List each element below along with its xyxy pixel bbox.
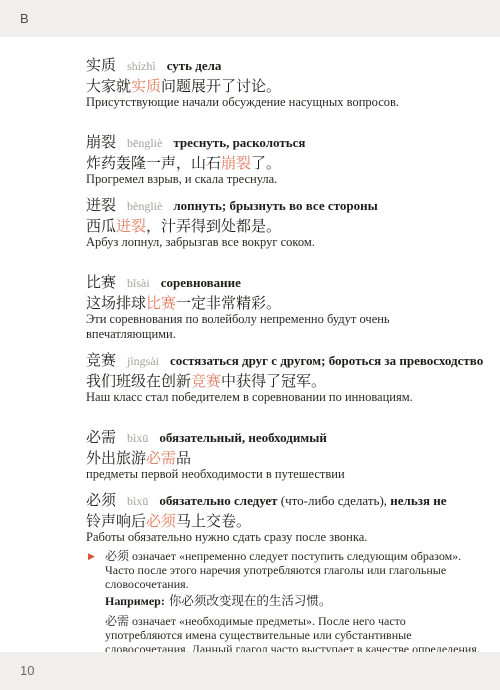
headword: 比赛 xyxy=(86,273,116,291)
example-post: 问题展开了讨论。 xyxy=(161,77,281,95)
example-translation: Присутствующие начали обсуждение насущны… xyxy=(86,95,480,110)
page-content: 实质shízhìсуть дела 大家就实质问题展开了讨论。 Присутст… xyxy=(0,37,500,679)
example-pre: 我们班级在创新 xyxy=(86,372,191,390)
example-pre: 炸药轰隆一声，山石 xyxy=(86,154,221,172)
example-sentence: 炸药轰隆一声，山石崩裂了。 xyxy=(86,154,480,172)
translation: треснуть, расколоться xyxy=(173,135,305,150)
example-translation: Арбуз лопнул, забрызгав все вокруг соком… xyxy=(86,235,480,250)
dict-entry: 必须bìxūобязательно следует (что-либо сдел… xyxy=(86,491,480,545)
translation: соревнование xyxy=(161,275,241,290)
highlighted-word: 必须 xyxy=(181,593,206,608)
page-footer-bar: 10 xyxy=(0,652,500,690)
note-paragraph: 必需 означает «необходимые предметы». Посл… xyxy=(105,614,480,656)
example-post: 中获得了冠军。 xyxy=(221,372,326,390)
translation-bold: суть дела xyxy=(167,58,222,73)
example-translation: Прогремел взрыв, и скала треснула. xyxy=(86,172,480,187)
entry-head-line: 竞赛jìngsàiсостязаться друг с другом; боро… xyxy=(86,351,480,370)
dict-entry: 必需bìxūобязательный, необходимый 外出旅游必需品 … xyxy=(86,428,480,482)
dict-entry: 实质shízhìсуть дела 大家就实质问题展开了讨论。 Присутст… xyxy=(86,56,480,110)
pinyin: bìxū xyxy=(127,431,148,445)
example-sentence: 外出旅游必需品 xyxy=(86,449,480,467)
dict-entry: 比赛bǐsàiсоревнование 这场排球比赛一定非常精彩。 Эти со… xyxy=(86,273,480,342)
translation: обязательный, необходимый xyxy=(159,430,327,445)
dict-entry: 迸裂bènglièлопнуть; брызнуть во все сторон… xyxy=(86,196,480,250)
entry-head-line: 迸裂bènglièлопнуть; брызнуть во все сторон… xyxy=(86,196,480,215)
note-term: 必需 xyxy=(105,614,129,628)
example-pre: 铃声响后 xyxy=(86,512,146,530)
example-post: 马上交卷。 xyxy=(176,512,251,530)
entry-head-line: 比赛bǐsàiсоревнование xyxy=(86,273,480,292)
note-example-pre: 你 xyxy=(165,593,181,608)
note-example-post: 改变现在的生活习惯。 xyxy=(206,593,331,608)
translation-bold-2: нельзя не xyxy=(390,493,446,508)
example-sentence: 大家就实质问题展开了讨论。 xyxy=(86,77,480,95)
example-post: 了。 xyxy=(251,154,281,172)
example-post: 一定非常精彩。 xyxy=(176,294,281,312)
translation-bold: лопнуть; брызнуть во все стороны xyxy=(173,198,377,213)
pinyin: shízhì xyxy=(127,59,156,73)
pinyin: bǐsài xyxy=(127,276,150,290)
page-number: 10 xyxy=(20,652,34,690)
dict-entry: 崩裂bēnglièтреснуть, расколоться 炸药轰隆一声，山石… xyxy=(86,133,480,187)
headword: 竞赛 xyxy=(86,351,116,369)
highlighted-word: 迸裂 xyxy=(116,217,146,235)
translation: обязательно следует (что-либо сделать), … xyxy=(159,493,446,508)
translation-bold: соревнование xyxy=(161,275,241,290)
highlighted-word: 必须 xyxy=(146,512,176,530)
example-post: ，汁弄得到处都是。 xyxy=(146,217,281,235)
headword: 迸裂 xyxy=(86,196,116,214)
highlighted-word: 比赛 xyxy=(146,294,176,312)
example-translation: Работы обязательно нужно сдать сразу пос… xyxy=(86,530,480,545)
example-sentence: 这场排球比赛一定非常精彩。 xyxy=(86,294,480,312)
entry-head-line: 必需bìxūобязательный, необходимый xyxy=(86,428,480,447)
example-pre: 大家就 xyxy=(86,77,131,95)
example-pre: 外出旅游 xyxy=(86,449,146,467)
translation-bold: обязательный, необходимый xyxy=(159,430,327,445)
headword: 实质 xyxy=(86,56,116,74)
example-pre: 西瓜 xyxy=(86,217,116,235)
note-text: означает «необходимые предметы». После н… xyxy=(105,614,480,656)
translation-bold: треснуть, расколоться xyxy=(173,135,305,150)
entry-head-line: 必须bìxūобязательно следует (что-либо сдел… xyxy=(86,491,480,510)
entry-group: 必需bìxūобязательный, необходимый 外出旅游必需品 … xyxy=(86,428,480,545)
example-post: 品 xyxy=(176,449,191,467)
pinyin: bìxū xyxy=(127,494,148,508)
example-translation: Эти соревнования по волейболу непременно… xyxy=(86,312,480,342)
pinyin: bēngliè xyxy=(127,136,162,150)
translation: состязаться друг с другом; бороться за п… xyxy=(170,353,483,368)
pinyin: jìngsài xyxy=(127,354,159,368)
section-header-bar: B xyxy=(0,0,500,37)
highlighted-word: 竞赛 xyxy=(191,372,221,390)
note-example: Например: 你必须改变现在的生活习惯。 xyxy=(105,593,480,609)
example-translation: Наш класс стал победителем в соревновани… xyxy=(86,390,480,405)
highlighted-word: 必需 xyxy=(146,449,176,467)
example-sentence: 铃声响后必须马上交卷。 xyxy=(86,512,480,530)
entry-head-line: 实质shízhìсуть дела xyxy=(86,56,480,75)
note-example-label: Например: xyxy=(105,594,165,608)
headword: 必需 xyxy=(86,428,116,446)
dict-entry: 竞赛jìngsàiсостязаться друг с другом; боро… xyxy=(86,351,480,405)
translation-bold: состязаться друг с другом; бороться за п… xyxy=(170,353,483,368)
note-term: 必须 xyxy=(105,549,129,563)
entry-head-line: 崩裂bēnglièтреснуть, расколоться xyxy=(86,133,480,152)
note-text: означает «непременно следует поступить с… xyxy=(105,549,461,591)
headword: 必须 xyxy=(86,491,116,509)
pinyin: bèngliè xyxy=(127,199,162,213)
entry-group: 崩裂bēnglièтреснуть, расколоться 炸药轰隆一声，山石… xyxy=(86,133,480,250)
section-letter: B xyxy=(20,0,29,37)
highlighted-word: 实质 xyxy=(131,77,161,95)
entry-group: 实质shízhìсуть дела 大家就实质问题展开了讨论。 Присутст… xyxy=(86,56,480,110)
headword: 崩裂 xyxy=(86,133,116,151)
translation: лопнуть; брызнуть во все стороны xyxy=(173,198,377,213)
entry-group: 比赛bǐsàiсоревнование 这场排球比赛一定非常精彩。 Эти со… xyxy=(86,273,480,405)
example-sentence: 西瓜迸裂，汁弄得到处都是。 xyxy=(86,217,480,235)
note-paragraph: 必须 означает «непременно следует поступит… xyxy=(105,549,480,591)
example-translation: предметы первой необходимости в путешест… xyxy=(86,467,480,482)
translation-regular: (что-либо сделать), xyxy=(278,493,391,508)
example-sentence: 我们班级在创新竞赛中获得了冠军。 xyxy=(86,372,480,390)
translation-bold: обязательно следует xyxy=(159,493,277,508)
highlighted-word: 崩裂 xyxy=(221,154,251,172)
translation: суть дела xyxy=(167,58,222,73)
dictionary-page: { "page": { "section_letter": "B", "page… xyxy=(0,0,500,690)
example-pre: 这场排球 xyxy=(86,294,146,312)
